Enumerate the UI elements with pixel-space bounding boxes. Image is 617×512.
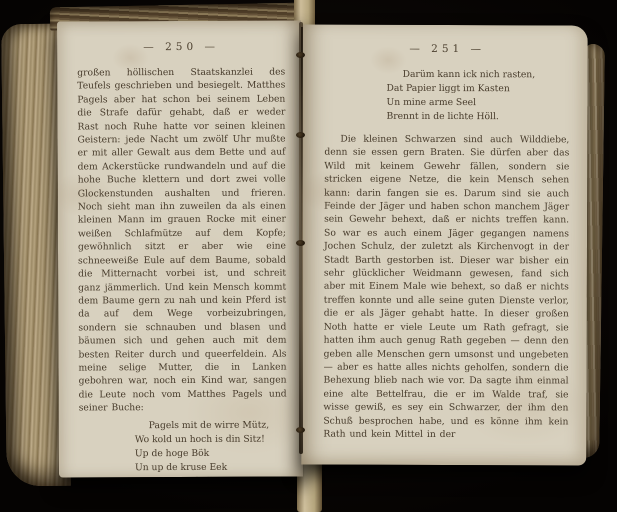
right-page: — 251 — Darüm kann ick nich rasten, Dat …: [301, 25, 588, 466]
open-book-photograph: — 250 — großen höllischen Staatskanzlei …: [0, 0, 617, 512]
right-page-paragraph: Die kleinen Schwarzen sind auch Wilddieb…: [323, 133, 569, 442]
verse-line: Un achter'm hollen Tuun!: [135, 474, 287, 477]
left-page-number: — 250 —: [77, 41, 285, 54]
left-page-verse: Pagels mit de wirre Mütz, Wo kold un hoc…: [135, 418, 287, 477]
verse-line: Un mine arme Seel: [386, 96, 569, 111]
right-page-number: — 251 —: [325, 43, 570, 56]
stitch-knot: [296, 240, 305, 246]
verse-line: Up de hoge Bök: [135, 446, 287, 461]
stitch-knot: [296, 427, 305, 433]
book-gutter: [299, 22, 303, 454]
left-page-content: — 250 — großen höllischen Staatskanzlei …: [57, 20, 303, 477]
verse-line: Darüm kann ick nich rasten,: [403, 68, 570, 83]
verse-line: Un up de kruse Eek: [135, 460, 287, 475]
verse-line: Brennt in de lichte Höll.: [386, 110, 569, 125]
verse-line: Wo kold un hoch is din Sitz!: [135, 432, 287, 447]
stitch-knot: [296, 52, 305, 58]
verse-line: Dat Papier liggt im Kasten: [387, 82, 570, 97]
stitch-knot: [296, 132, 305, 138]
verse-line: Pagels mit de wirre Mütz,: [149, 418, 287, 433]
left-page: — 250 — großen höllischen Staatskanzlei …: [57, 20, 303, 477]
right-page-verse: Darüm kann ick nich rasten, Dat Papier l…: [386, 68, 569, 125]
right-page-content: — 251 — Darüm kann ick nich rasten, Dat …: [301, 25, 588, 466]
left-page-paragraph: großen höllischen Staatskanzlei des Teuf…: [77, 66, 287, 415]
